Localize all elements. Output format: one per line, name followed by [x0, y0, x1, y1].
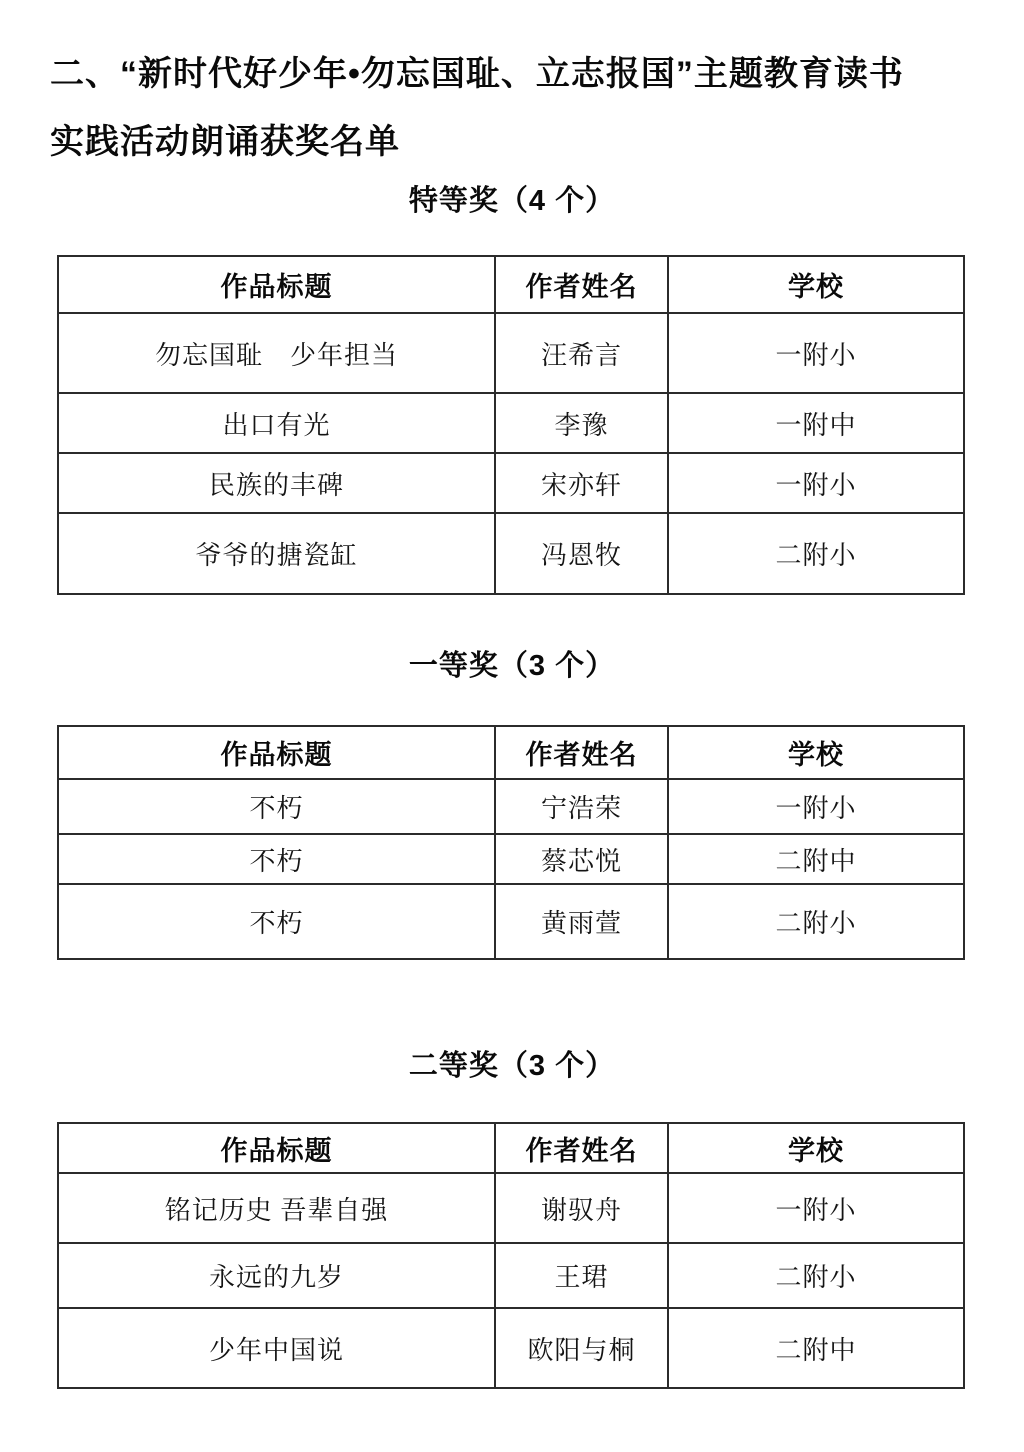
author-name-cell: 王珺 — [495, 1243, 668, 1308]
work-title-cell: 民族的丰碑 — [58, 453, 495, 513]
school-cell: 一附小 — [668, 313, 964, 393]
column-header-work-title: 作品标题 — [58, 1123, 495, 1173]
table-row: 少年中国说 欧阳与桐 二附中 — [58, 1308, 964, 1388]
document-title: 二、“新时代好少年•勿忘国耻、立志报国”主题教育读书 实践活动朗诵获奖名单 — [50, 40, 980, 176]
author-name-cell: 宁浩荣 — [495, 779, 668, 834]
table-row: 永远的九岁 王珺 二附小 — [58, 1243, 964, 1308]
table-row: 不朽 蔡芯悦 二附中 — [58, 834, 964, 884]
column-header-work-title: 作品标题 — [58, 726, 495, 779]
column-header-work-title: 作品标题 — [58, 256, 495, 313]
table-header-row: 作品标题 作者姓名 学校 — [58, 256, 964, 313]
column-header-school: 学校 — [668, 1123, 964, 1173]
author-name-cell: 冯恩牧 — [495, 513, 668, 594]
column-header-school: 学校 — [668, 256, 964, 313]
first-prize-table: 作品标题 作者姓名 学校 不朽 宁浩荣 一附小 不朽 蔡芯悦 二附中 不朽 黄雨… — [57, 725, 965, 960]
work-title-cell: 勿忘国耻 少年担当 — [58, 313, 495, 393]
author-name-cell: 宋亦轩 — [495, 453, 668, 513]
work-title-cell: 少年中国说 — [58, 1308, 495, 1388]
school-cell: 二附中 — [668, 834, 964, 884]
school-cell: 一附小 — [668, 1173, 964, 1243]
table-header-row: 作品标题 作者姓名 学校 — [58, 726, 964, 779]
work-title-cell: 不朽 — [58, 884, 495, 959]
school-cell: 一附小 — [668, 779, 964, 834]
work-title-cell: 出口有光 — [58, 393, 495, 453]
document-title-line-2: 实践活动朗诵获奖名单 — [50, 108, 980, 176]
work-title-cell: 永远的九岁 — [58, 1243, 495, 1308]
column-header-author-name: 作者姓名 — [495, 726, 668, 779]
table-row: 不朽 黄雨萱 二附小 — [58, 884, 964, 959]
work-title-cell: 铭记历史 吾辈自强 — [58, 1173, 495, 1243]
section-heading-special-prize: 特等奖（4 个） — [0, 182, 1024, 220]
author-name-cell: 李豫 — [495, 393, 668, 453]
table-row: 出口有光 李豫 一附中 — [58, 393, 964, 453]
column-header-author-name: 作者姓名 — [495, 1123, 668, 1173]
author-name-cell: 汪希言 — [495, 313, 668, 393]
work-title-cell: 不朽 — [58, 834, 495, 884]
work-title-cell: 爷爷的搪瓷缸 — [58, 513, 495, 594]
table-row: 铭记历史 吾辈自强 谢驭舟 一附小 — [58, 1173, 964, 1243]
table-row: 爷爷的搪瓷缸 冯恩牧 二附小 — [58, 513, 964, 594]
table-header-row: 作品标题 作者姓名 学校 — [58, 1123, 964, 1173]
school-cell: 二附小 — [668, 884, 964, 959]
author-name-cell: 欧阳与桐 — [495, 1308, 668, 1388]
special-prize-table: 作品标题 作者姓名 学校 勿忘国耻 少年担当 汪希言 一附小 出口有光 李豫 一… — [57, 255, 965, 595]
school-cell: 二附小 — [668, 1243, 964, 1308]
school-cell: 二附小 — [668, 513, 964, 594]
section-heading-second-prize: 二等奖（3 个） — [0, 1047, 1024, 1085]
school-cell: 一附小 — [668, 453, 964, 513]
school-cell: 一附中 — [668, 393, 964, 453]
table-row: 民族的丰碑 宋亦轩 一附小 — [58, 453, 964, 513]
author-name-cell: 蔡芯悦 — [495, 834, 668, 884]
column-header-author-name: 作者姓名 — [495, 256, 668, 313]
table-row: 不朽 宁浩荣 一附小 — [58, 779, 964, 834]
author-name-cell: 黄雨萱 — [495, 884, 668, 959]
section-heading-first-prize: 一等奖（3 个） — [0, 647, 1024, 685]
table-row: 勿忘国耻 少年担当 汪希言 一附小 — [58, 313, 964, 393]
school-cell: 二附中 — [668, 1308, 964, 1388]
work-title-cell: 不朽 — [58, 779, 495, 834]
document-page: 二、“新时代好少年•勿忘国耻、立志报国”主题教育读书 实践活动朗诵获奖名单 特等… — [0, 0, 1024, 1452]
author-name-cell: 谢驭舟 — [495, 1173, 668, 1243]
column-header-school: 学校 — [668, 726, 964, 779]
second-prize-table: 作品标题 作者姓名 学校 铭记历史 吾辈自强 谢驭舟 一附小 永远的九岁 王珺 … — [57, 1122, 965, 1389]
document-title-line-1: 二、“新时代好少年•勿忘国耻、立志报国”主题教育读书 — [50, 40, 980, 108]
